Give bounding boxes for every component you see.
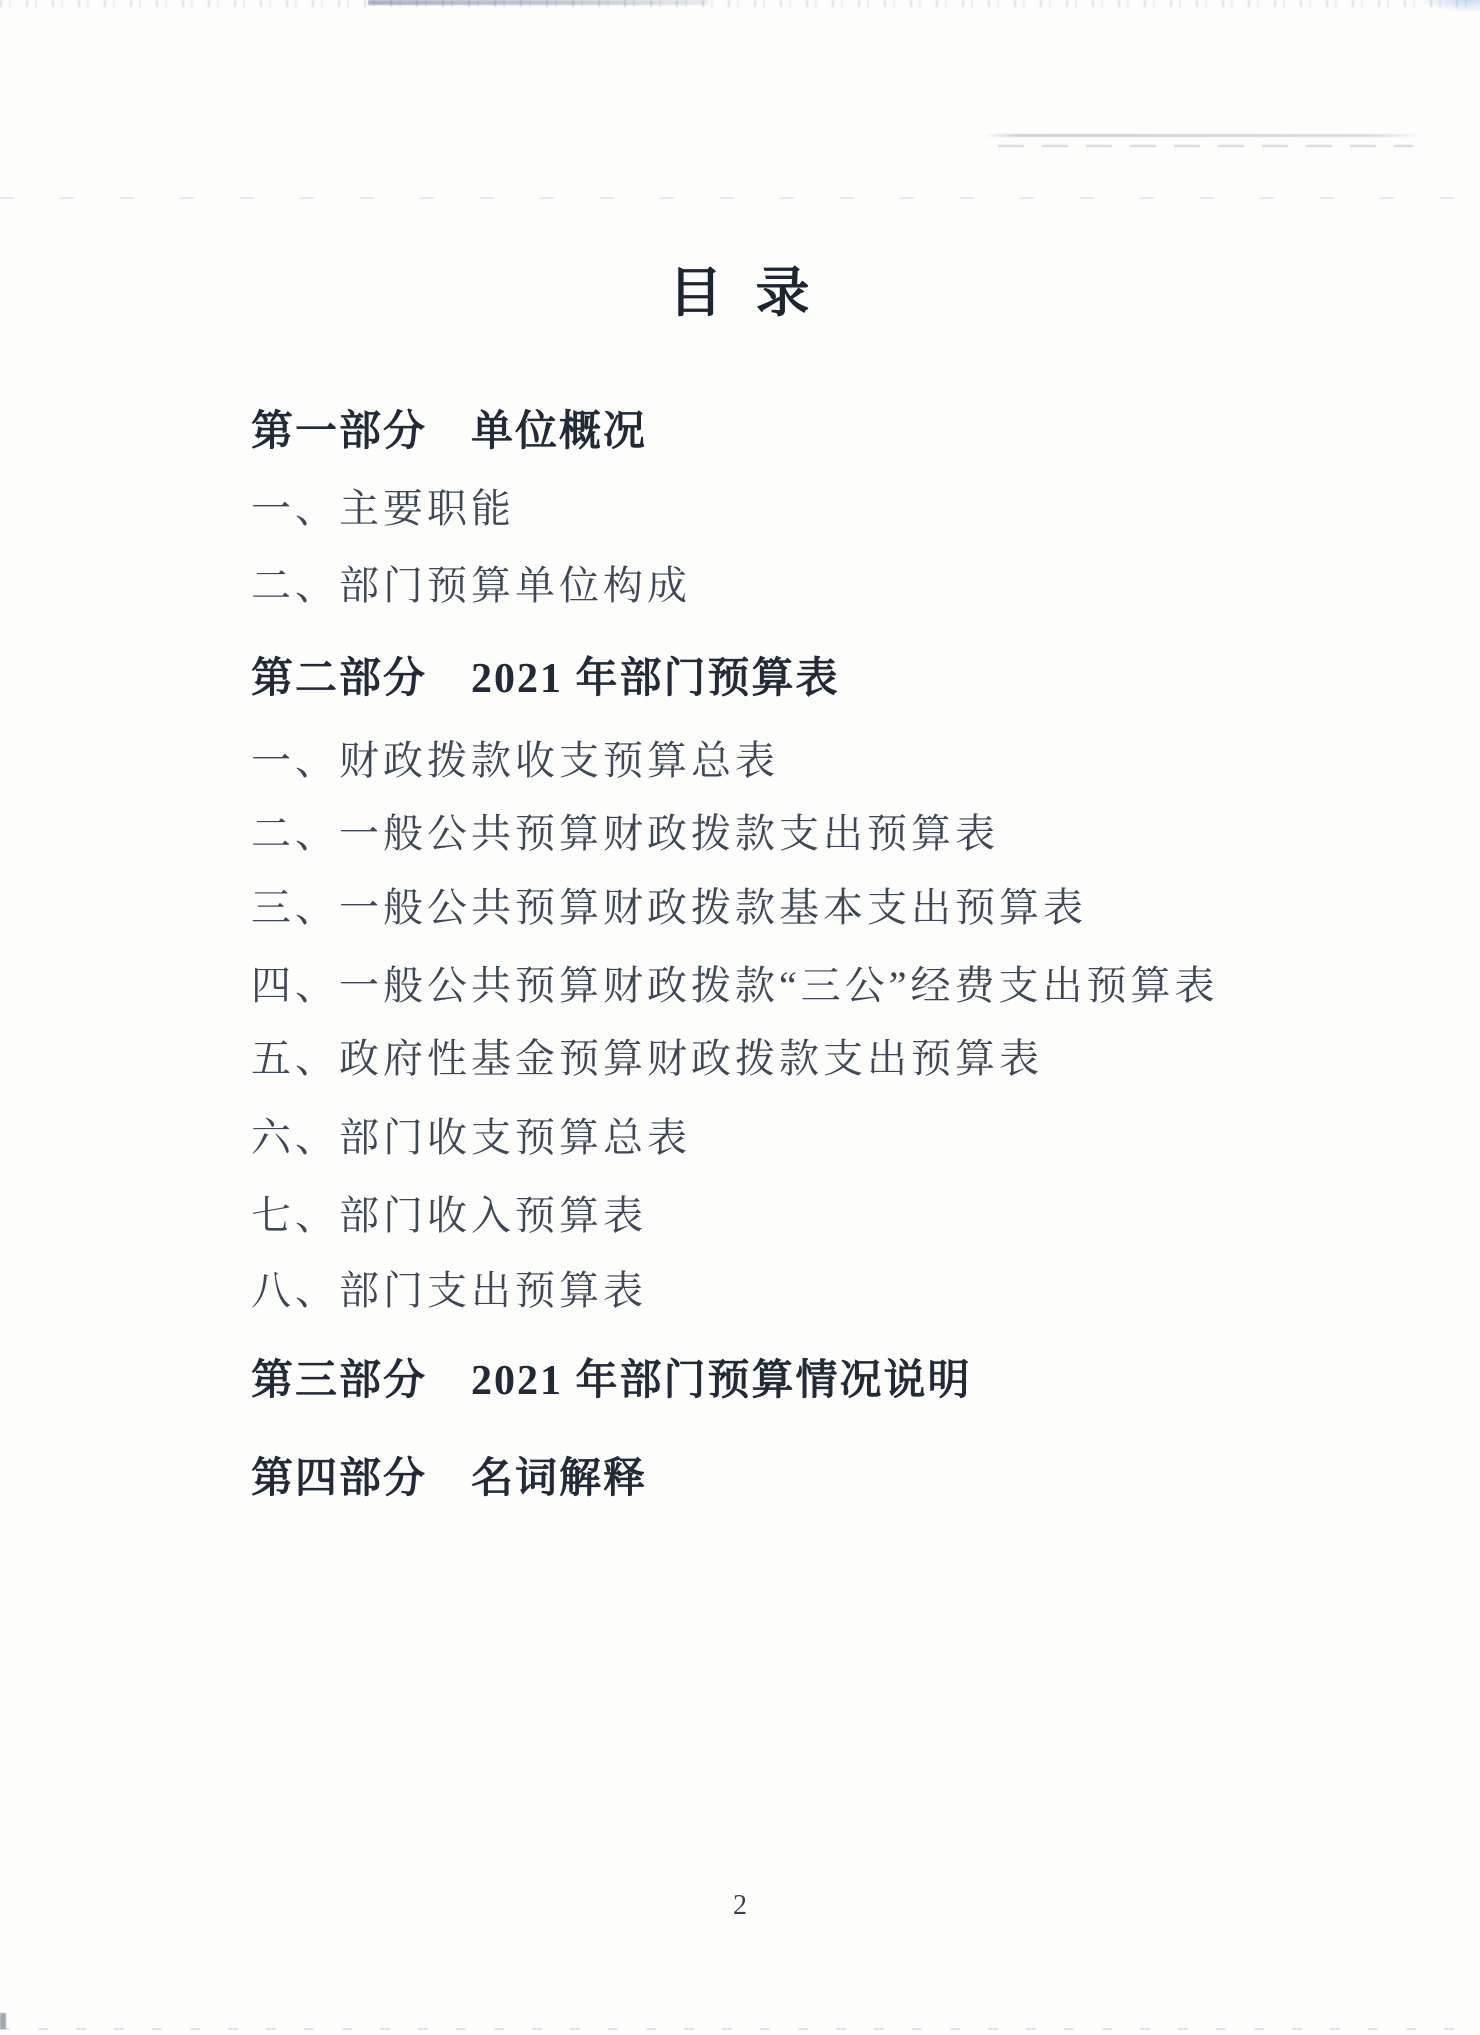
toc-entry: 三、一般公共预算财政拨款基本支出预算表 bbox=[251, 888, 1087, 928]
toc-entry: 二、一般公共预算财政拨款支出预算表 bbox=[251, 814, 999, 854]
scan-noise-bottom-mark bbox=[0, 2013, 6, 2029]
toc-section-heading: 第四部分 名词解释 bbox=[251, 1458, 647, 1500]
toc-entry: 六、部门收支预算总表 bbox=[251, 1118, 691, 1158]
toc-entry: 二、部门预算单位构成 bbox=[251, 566, 691, 606]
scan-smudge-line-upper bbox=[985, 134, 1423, 137]
toc-section-heading: 第二部分 2021 年部门预算表 bbox=[251, 658, 840, 700]
scan-noise-top-corner bbox=[1418, 0, 1480, 12]
toc-section-heading: 第三部分 2021 年部门预算情况说明 bbox=[251, 1360, 972, 1402]
scan-smudge-line-lower bbox=[998, 145, 1413, 147]
toc-entry: 四、一般公共预算财政拨款“三公”经费支出预算表 bbox=[251, 966, 1219, 1006]
toc-section-heading: 第一部分 单位概况 bbox=[251, 411, 647, 453]
scan-noise-top-patch bbox=[368, 0, 708, 5]
scan-dust-row bbox=[0, 197, 1480, 199]
scanned-document-page: 目 录 第一部分 单位概况 一、主要职能 二、部门预算单位构成 第二部分 202… bbox=[0, 0, 1480, 2035]
scan-noise-top-band bbox=[0, 0, 1480, 7]
scan-noise-bottom-row bbox=[0, 2028, 1480, 2030]
toc-entry: 八、部门支出预算表 bbox=[251, 1271, 647, 1311]
page-number: 2 bbox=[0, 1890, 1480, 1922]
toc-entry: 七、部门收入预算表 bbox=[251, 1196, 647, 1236]
toc-entry: 一、财政拨款收支预算总表 bbox=[251, 741, 779, 781]
toc-entry: 一、主要职能 bbox=[251, 489, 515, 529]
page-title: 目 录 bbox=[0, 250, 1480, 327]
toc-entry: 五、政府性基金预算财政拨款支出预算表 bbox=[251, 1039, 1043, 1079]
